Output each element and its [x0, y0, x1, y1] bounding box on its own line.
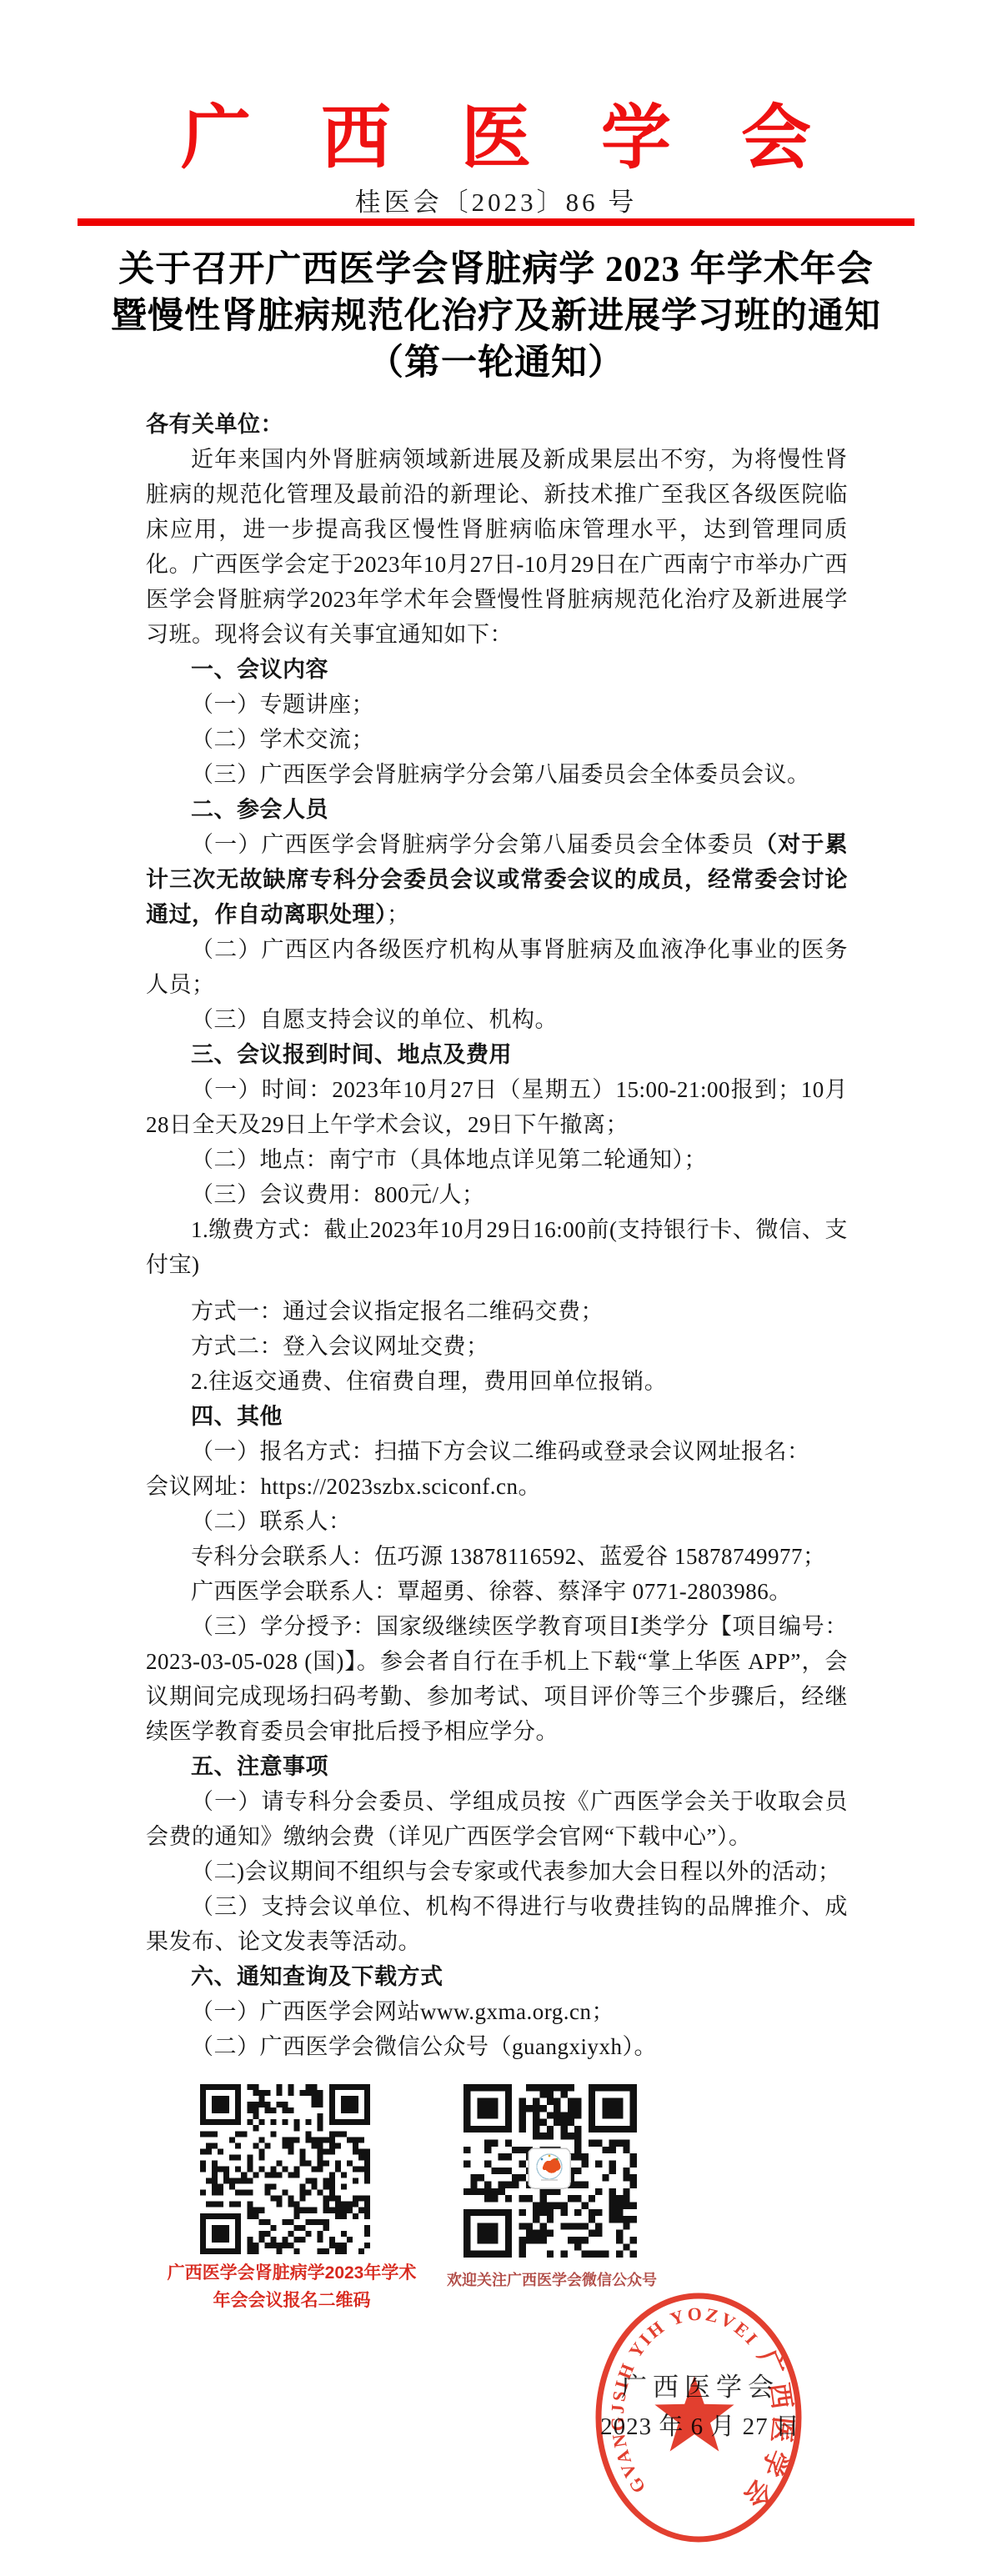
registration-qr-caption-line-2: 年会会议报名二维码 — [115, 2287, 468, 2314]
section-1-item-2: （二）学术交流； — [146, 722, 848, 757]
association-logo-icon — [528, 2148, 571, 2189]
registration-qr-caption-line-1: 广西医学会肾脏病学2023年学术 — [115, 2259, 468, 2287]
title-line-1: 关于召开广西医学会肾脏病学 2023 年学术年会 — [79, 247, 913, 293]
association-contacts: 广西医学会联系人：覃超勇、徐蓉、蔡泽宇 0771-2803986。 — [146, 1574, 848, 1609]
section-5-item-3: （三）支持会议单位、机构不得进行与收费挂钩的品牌推介、成果发布、论文发表等活动。 — [146, 1889, 848, 1959]
section-5-heading: 五、注意事项 — [146, 1749, 848, 1784]
seal-rim-cjk-text: 广西医学会 — [734, 2346, 798, 2517]
section-1-item-1: （一）专题讲座； — [146, 687, 848, 722]
section-5-item-2: （二)会议期间不组织与会专家或代表参加大会日程以外的活动； — [146, 1854, 848, 1889]
section-3-item-1: （一）时间：2023年10月27日（星期五）15:00-21:00报到；10月2… — [146, 1072, 848, 1142]
notice-document-page: 广西医学会 桂医会〔2023〕86 号 关于召开广西医学会肾脏病学 2023 年… — [0, 0, 992, 2576]
section-6-item-2: （二）广西医学会微信公众号（guangxiyxh）。 — [146, 2029, 848, 2064]
section-3-heading: 三、会议报到时间、地点及费用 — [146, 1037, 848, 1072]
section-2-item-3: （三）自愿支持会议的单位、机构。 — [146, 1002, 848, 1037]
registration-qr-code-icon — [200, 2084, 370, 2254]
title-line-2: 暨慢性肾脏病规范化治疗及新进展学习班的通知 — [79, 293, 913, 340]
section-6-item-1: （一）广西医学会网站www.gxma.org.cn； — [146, 1994, 848, 2029]
title-line-3: （第一轮通知） — [79, 340, 913, 387]
payment-option-2: 方式二：登入会议网址交费； — [146, 1329, 848, 1364]
notice-title: 关于召开广西医学会肾脏病学 2023 年学术年会 暨慢性肾脏病规范化治疗及新进展… — [79, 247, 913, 387]
header-divider-line — [78, 218, 914, 226]
section-2-heading: 二、参会人员 — [146, 792, 848, 827]
section-4-item-3: （三）学分授予：国家级继续医学教育项目Ⅰ类学分【项目编号：2023-03-05-… — [146, 1609, 848, 1749]
intro-paragraph: 近年来国内外肾脏病领域新进展及新成果层出不穷，为将慢性肾脏病的规范化管理及最前沿… — [146, 442, 848, 652]
section-4-heading: 四、其他 — [146, 1399, 848, 1434]
section-2-item-1: （一）广西医学会肾脏病学分会第八届委员会全体委员（对于累计三次无故缺席专科分会委… — [146, 827, 848, 932]
section-5-item-1: （一）请专科分会委员、学组成员按《广西医学会关于收取会员会费的通知》缴纳会费（详… — [146, 1784, 848, 1854]
org-header-title: 广西医学会 — [0, 93, 992, 185]
section-2-item-2: （二）广西区内各级医疗机构从事肾脏病及血液净化事业的医务人员； — [146, 932, 848, 1002]
section-3-item-2: （二）地点：南宁市（具体地点详见第二轮通知）； — [146, 1142, 848, 1177]
section-6-heading: 六、通知查询及下载方式 — [146, 1959, 848, 1994]
doc-number: 桂医会〔2023〕86 号 — [0, 187, 992, 218]
branch-contacts: 专科分会联系人：伍巧源 13878116592、蓝爱谷 15878749977； — [146, 1539, 848, 1574]
payment-method: 1.缴费方式：截止2023年10月29日16:00前(支持银行卡、微信、支付宝) — [146, 1212, 848, 1282]
travel-expense-note: 2.往返交通费、住宿费自理，费用回单位报销。 — [146, 1364, 848, 1399]
wechat-qr-caption: 欢迎关注广西医学会微信公众号 — [427, 2269, 677, 2291]
section-1-heading: 一、会议内容 — [146, 652, 848, 687]
section-4-item-1: （一）报名方式：扫描下方会议二维码或登录会议网址报名： — [146, 1434, 848, 1469]
section-1-item-3: （三）广西医学会肾脏病学分会第八届委员会全体委员会议。 — [146, 757, 848, 792]
official-red-seal-icon: GVANGJSIH YIH YOZVEI 广西医学会 — [584, 2291, 817, 2556]
section-4-item-2: （二）联系人： — [146, 1504, 848, 1539]
salutation: 各有关单位： — [146, 407, 848, 442]
seal-star-icon — [654, 2376, 734, 2452]
payment-option-1: 方式一：通过会议指定报名二维码交费； — [146, 1294, 848, 1329]
conference-url-line: 会议网址：https://2023szbx.sciconf.cn。 — [146, 1469, 848, 1504]
notice-body: 各有关单位： 近年来国内外肾脏病领域新进展及新成果层出不穷，为将慢性肾脏病的规范… — [146, 407, 848, 2064]
section-3-item-3: （三）会议费用：800元/人； — [146, 1177, 848, 1212]
wechat-qr-code-icon — [463, 2084, 637, 2258]
registration-qr-caption: 广西医学会肾脏病学2023年学术 年会会议报名二维码 — [115, 2259, 468, 2314]
